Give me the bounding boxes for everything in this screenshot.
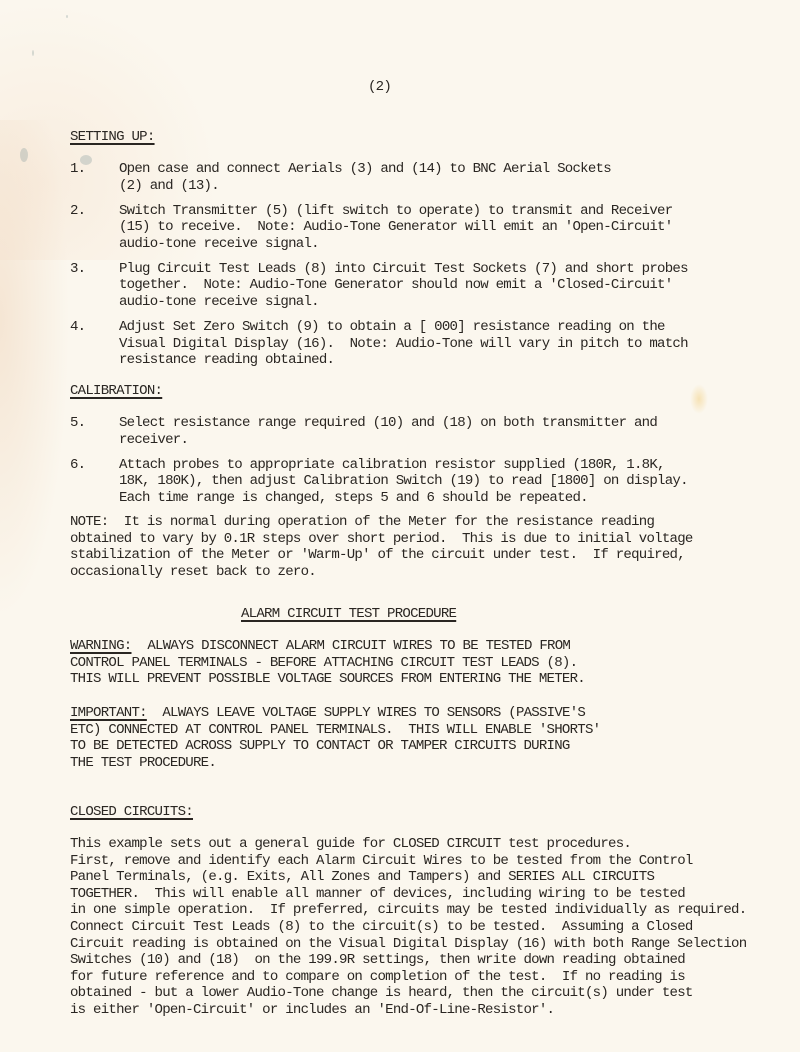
page-number: (2): [368, 79, 391, 96]
step-text-line: (15) to receive. Note: Audio-Tone Genera…: [119, 219, 672, 236]
note-line: NOTE: It is normal during operation of t…: [70, 514, 654, 531]
step-text-line: Adjust Set Zero Switch (9) to obtain a […: [119, 319, 665, 336]
step-number: 2.: [70, 203, 85, 220]
important-label: IMPORTANT:: [70, 705, 147, 722]
note-line: stabilization of the Meter or 'Warm-Up' …: [70, 547, 685, 564]
body-line: is either 'Open-Circuit' or includes an …: [70, 1002, 554, 1019]
step-text-line: (2) and (13).: [119, 178, 219, 195]
warning-line: THIS WILL PREVENT POSSIBLE VOLTAGE SOURC…: [70, 671, 585, 688]
step-text-line: audio-tone receive signal.: [119, 294, 319, 311]
warning-line: CONTROL PANEL TERMINALS - BEFORE ATTACHI…: [70, 655, 577, 672]
note-line: obtained to vary by 0.1R steps over shor…: [70, 531, 693, 548]
step-text-line: audio-tone receive signal.: [119, 236, 319, 253]
step-number: 1.: [70, 161, 85, 178]
step-text-line: receiver.: [119, 432, 188, 449]
section-heading-closed-circuits: CLOSED CIRCUITS:: [70, 804, 193, 821]
step-text-line: together. Note: Audio-Tone Generator sho…: [119, 277, 672, 294]
step-text-line: Plug Circuit Test Leads (8) into Circuit…: [119, 261, 688, 278]
body-line: Circuit reading is obtained on the Visua…: [70, 936, 746, 953]
body-line: TOGETHER. This will enable all manner of…: [70, 886, 685, 903]
body-line: obtained - but a lower Audio-Tone change…: [70, 985, 693, 1002]
body-line: Switches (10) and (18) on the 199.9R set…: [70, 952, 685, 969]
note-line: occasionally reset back to zero.: [70, 564, 316, 581]
step-text-line: Open case and connect Aerials (3) and (1…: [119, 161, 611, 178]
step-text-line: Select resistance range required (10) an…: [119, 415, 657, 432]
important-line: ALWAYS LEAVE VOLTAGE SUPPLY WIRES TO SEN…: [147, 705, 585, 722]
important-line: THE TEST PROCEDURE.: [70, 755, 216, 772]
warning-label: WARNING:: [70, 638, 132, 655]
step-number: 4.: [70, 319, 85, 336]
step-text-line: Switch Transmitter (5) (lift switch to o…: [119, 203, 672, 220]
warning-line: ALWAYS DISCONNECT ALARM CIRCUIT WIRES TO…: [132, 638, 570, 655]
paper-stain: [690, 384, 708, 414]
paper-speck: [32, 50, 34, 56]
body-line: Panel Terminals, (e.g. Exits, All Zones …: [70, 869, 654, 886]
section-heading-alarm-procedure: ALARM CIRCUIT TEST PROCEDURE: [241, 606, 456, 623]
step-text-line: Attach probes to appropriate calibration…: [119, 457, 665, 474]
step-text-line: Visual Digital Display (16). Note: Audio…: [119, 336, 688, 353]
step-number: 3.: [70, 261, 85, 278]
step-text-line: 18K, 180K), then adjust Calibration Swit…: [119, 473, 688, 490]
body-line: in one simple operation. If preferred, c…: [70, 902, 746, 919]
section-heading-setting-up: SETTING UP:: [70, 129, 155, 146]
paper-stain: [0, 120, 70, 620]
step-number: 5.: [70, 415, 85, 432]
paper-speck: [20, 148, 28, 162]
important-line: ETC) CONNECTED AT CONTROL PANEL TERMINAL…: [70, 722, 600, 739]
paper-speck: [66, 15, 68, 18]
body-line: for future reference and to compare on c…: [70, 969, 685, 986]
step-text-line: resistance reading obtained.: [119, 352, 334, 369]
section-heading-calibration: CALIBRATION:: [70, 383, 162, 400]
step-text-line: Each time range is changed, steps 5 and …: [119, 490, 588, 507]
body-line: This example sets out a general guide fo…: [70, 836, 631, 853]
step-number: 6.: [70, 457, 85, 474]
important-line: TO BE DETECTED ACROSS SUPPLY TO CONTACT …: [70, 738, 570, 755]
body-line: First, remove and identify each Alarm Ci…: [70, 853, 693, 870]
body-line: Connect Circuit Test Leads (8) to the ci…: [70, 919, 693, 936]
